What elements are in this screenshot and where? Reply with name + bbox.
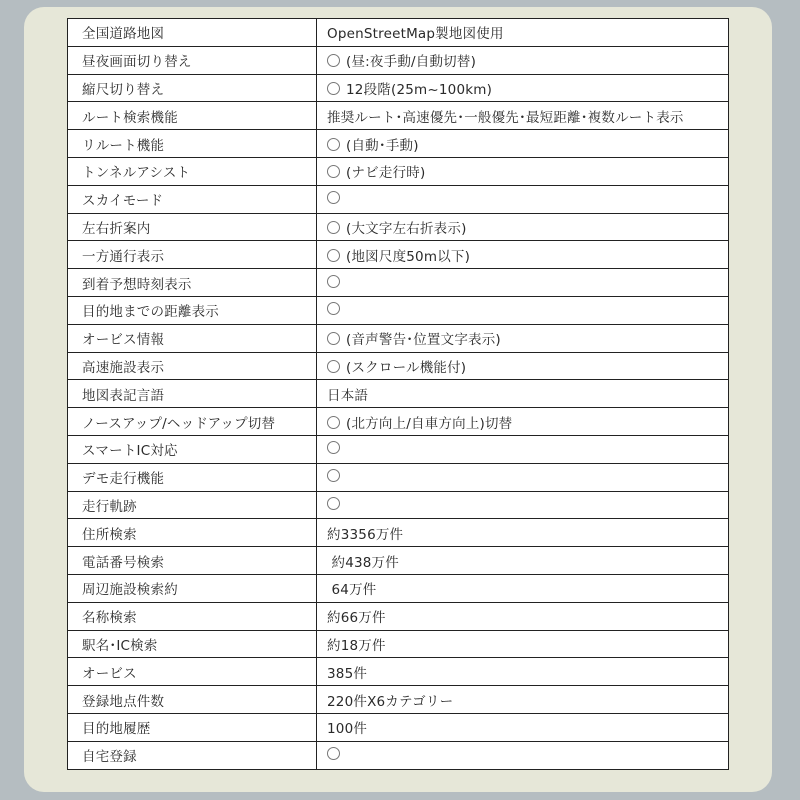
feature-label: 左右折案内 [68,213,317,241]
feature-value: (大文字左右折表示) [346,221,467,237]
feature-value-cell: (自動･手動) [317,130,729,158]
feature-label: ノースアップ/ヘッドアップ切替 [68,408,317,436]
table-row: スマートIC対応 [68,435,729,463]
supported-circle-icon [327,360,340,373]
table-row: トンネルアシスト(ナビ走行時) [68,157,729,185]
feature-value: (自動･手動) [346,138,419,154]
feature-label: 自宅登録 [68,741,317,769]
feature-value: 12段階(25m~100km) [346,82,492,98]
feature-value-cell: 推奨ルート･高速優先･一般優先･最短距離･複数ルート表示 [317,102,729,130]
feature-label: オービス [68,658,317,686]
feature-label: 駅名･IC検索 [68,630,317,658]
feature-label: 登録地点件数 [68,686,317,714]
feature-value: 約3356万件 [327,527,403,543]
feature-value: OpenStreetMap製地図使用 [327,26,504,42]
table-row: 走行軌跡 [68,491,729,519]
feature-value: (ナビ走行時) [346,165,425,181]
table-row: オービス385件 [68,658,729,686]
supported-circle-icon [327,302,340,315]
table-row: 周辺施設検索約 64万件 [68,574,729,602]
feature-value-cell: (ナビ走行時) [317,157,729,185]
table-row: 昼夜画面切り替え(昼:夜手動/自動切替) [68,46,729,74]
supported-circle-icon [327,82,340,95]
feature-label: 到着予想時刻表示 [68,269,317,297]
feature-value-cell [317,185,729,213]
feature-value-cell: 100件 [317,713,729,741]
feature-label: 走行軌跡 [68,491,317,519]
supported-circle-icon [327,275,340,288]
feature-label: スマートIC対応 [68,435,317,463]
feature-value-cell [317,491,729,519]
table-row: 住所検索約3356万件 [68,519,729,547]
feature-value: (地図尺度50m以下) [346,249,470,265]
table-row: 到着予想時刻表示 [68,269,729,297]
table-row: 左右折案内(大文字左右折表示) [68,213,729,241]
spec-table: 全国道路地図OpenStreetMap製地図使用昼夜画面切り替え(昼:夜手動/自… [67,18,729,770]
supported-circle-icon [327,54,340,67]
table-row: 地図表記言語日本語 [68,380,729,408]
feature-label: 周辺施設検索約 [68,574,317,602]
table-row: ルート検索機能推奨ルート･高速優先･一般優先･最短距離･複数ルート表示 [68,102,729,130]
feature-value-cell: (スクロール機能付) [317,352,729,380]
feature-label: リルート機能 [68,130,317,158]
feature-value-cell: (地図尺度50m以下) [317,241,729,269]
feature-value: (音声警告･位置文字表示) [346,332,501,348]
supported-circle-icon [327,165,340,178]
supported-circle-icon [327,138,340,151]
table-row: 一方通行表示(地図尺度50m以下) [68,241,729,269]
supported-circle-icon [327,332,340,345]
supported-circle-icon [327,497,340,510]
table-row: 登録地点件数220件X6カテゴリー [68,686,729,714]
feature-value: 100件 [327,721,367,737]
feature-value: 約18万件 [327,638,386,654]
table-row: スカイモード [68,185,729,213]
feature-value-cell: (音声警告･位置文字表示) [317,324,729,352]
supported-circle-icon [327,249,340,262]
table-row: ノースアップ/ヘッドアップ切替(北方向上/自車方向上)切替 [68,408,729,436]
feature-value: 約66万件 [327,610,386,626]
feature-label: ルート検索機能 [68,102,317,130]
feature-value-cell: 220件X6カテゴリー [317,686,729,714]
feature-label: 高速施設表示 [68,352,317,380]
table-row: 目的地履歴100件 [68,713,729,741]
spec-table-body: 全国道路地図OpenStreetMap製地図使用昼夜画面切り替え(昼:夜手動/自… [68,19,729,770]
feature-value: 64万件 [327,582,376,598]
feature-value: 385件 [327,666,367,682]
table-row: 縮尺切り替え12段階(25m~100km) [68,74,729,102]
feature-label: トンネルアシスト [68,157,317,185]
table-row: 駅名･IC検索約18万件 [68,630,729,658]
feature-label: 縮尺切り替え [68,74,317,102]
feature-value: 約438万件 [327,555,399,571]
feature-label: デモ走行機能 [68,463,317,491]
feature-value: (昼:夜手動/自動切替) [346,54,476,70]
feature-value-cell: 12段階(25m~100km) [317,74,729,102]
supported-circle-icon [327,191,340,204]
feature-value-cell: 約3356万件 [317,519,729,547]
feature-label: 一方通行表示 [68,241,317,269]
table-row: オービス情報(音声警告･位置文字表示) [68,324,729,352]
feature-value-cell: 約18万件 [317,630,729,658]
feature-value-cell: 約66万件 [317,602,729,630]
feature-label: 目的地履歴 [68,713,317,741]
feature-value-cell [317,463,729,491]
feature-value-cell: OpenStreetMap製地図使用 [317,19,729,47]
feature-value-cell: 64万件 [317,574,729,602]
feature-value-cell: 385件 [317,658,729,686]
feature-value-cell [317,435,729,463]
table-row: 電話番号検索 約438万件 [68,547,729,575]
feature-label: 昼夜画面切り替え [68,46,317,74]
table-row: 目的地までの距離表示 [68,296,729,324]
feature-value-cell: 日本語 [317,380,729,408]
feature-label: 名称検索 [68,602,317,630]
supported-circle-icon [327,416,340,429]
feature-label: スカイモード [68,185,317,213]
feature-label: 目的地までの距離表示 [68,296,317,324]
supported-circle-icon [327,469,340,482]
table-row: デモ走行機能 [68,463,729,491]
feature-value-cell [317,741,729,769]
feature-label: 住所検索 [68,519,317,547]
feature-value-cell: (大文字左右折表示) [317,213,729,241]
feature-value-cell [317,269,729,297]
feature-value: 220件X6カテゴリー [327,694,453,710]
supported-circle-icon [327,747,340,760]
supported-circle-icon [327,441,340,454]
feature-label: 電話番号検索 [68,547,317,575]
feature-label: オービス情報 [68,324,317,352]
feature-value-cell [317,296,729,324]
table-row: 名称検索約66万件 [68,602,729,630]
feature-value-cell: (昼:夜手動/自動切替) [317,46,729,74]
feature-value-cell: 約438万件 [317,547,729,575]
feature-value-cell: (北方向上/自車方向上)切替 [317,408,729,436]
feature-value: (北方向上/自車方向上)切替 [346,416,512,432]
feature-value: (スクロール機能付) [346,360,466,376]
feature-value: 日本語 [327,388,368,404]
feature-value: 推奨ルート･高速優先･一般優先･最短距離･複数ルート表示 [327,110,684,126]
table-row: リルート機能(自動･手動) [68,130,729,158]
table-row: 自宅登録 [68,741,729,769]
table-row: 全国道路地図OpenStreetMap製地図使用 [68,19,729,47]
feature-label: 全国道路地図 [68,19,317,47]
supported-circle-icon [327,221,340,234]
feature-label: 地図表記言語 [68,380,317,408]
table-row: 高速施設表示(スクロール機能付) [68,352,729,380]
